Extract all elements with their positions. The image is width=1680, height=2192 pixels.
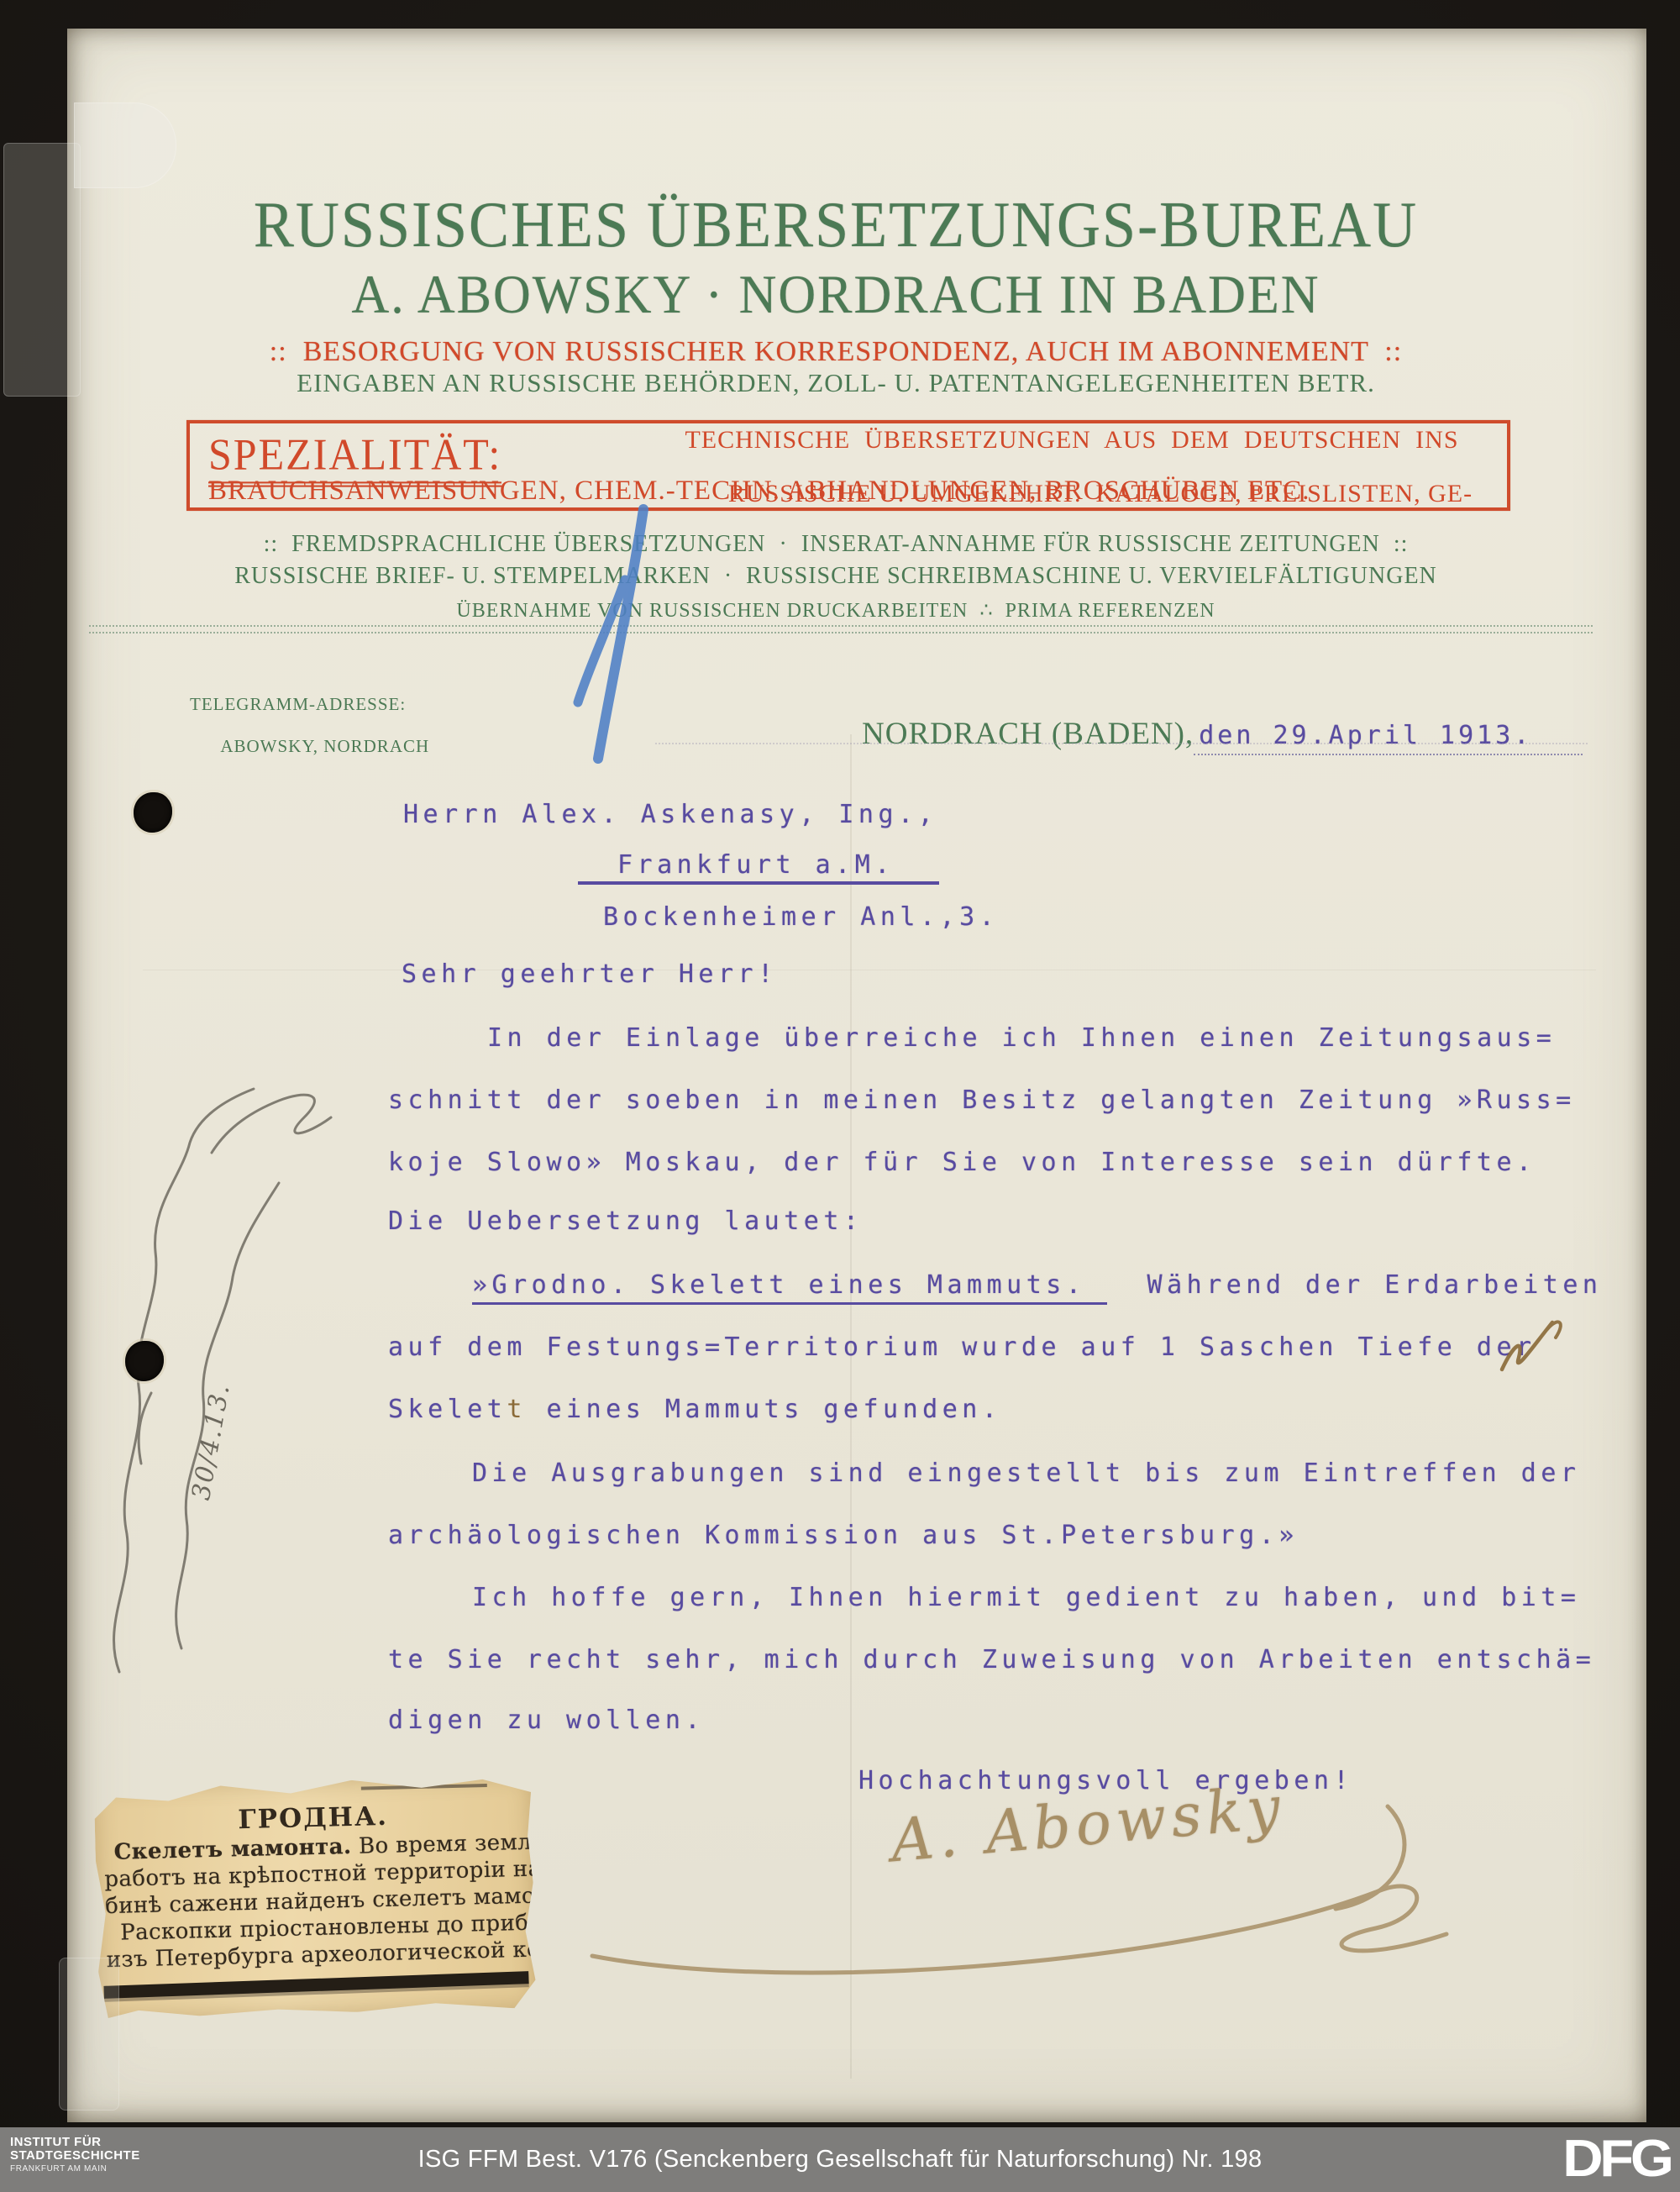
body-line: archäologischen Kommission aus St.Peters… <box>388 1521 1299 1550</box>
body-line: In der Einlage überreiche ich Ihnen eine… <box>487 1023 1556 1053</box>
clipping-top-rule <box>361 1784 487 1790</box>
specialty-line3: BRAUCHSANWEISUNGEN, CHEM.-TECHN. ABHANDL… <box>208 476 1310 507</box>
quote-headline: »Grodno. Skelett eines Mammuts. Während … <box>472 1270 1602 1300</box>
archive-reference-label: ISG FFM Best. V176 (Senckenberg Gesellsc… <box>0 2146 1680 2174</box>
body-line: digen zu wollen. <box>388 1706 705 1735</box>
archive-scan: RUSSISCHES ÜBERSETZUNGS-BUREAU A. ABOWSK… <box>0 0 1680 2192</box>
city-underlined: Frankfurt a.M. <box>578 850 939 885</box>
newspaper-clipping: ГРОДНА. Скелетъ мамонта. Во время землян… <box>94 1776 537 2019</box>
plastic-film-strip <box>3 143 81 397</box>
clipping-lead: Скелетъ мамонта. <box>113 1834 351 1865</box>
handwritten-t-correction: t <box>507 1395 527 1424</box>
plastic-film-strip <box>59 1958 119 2111</box>
quote-underlined: »Grodno. Skelett eines Mammuts. <box>472 1270 1107 1305</box>
body-line: schnitt der soeben in meinen Besitz gela… <box>388 1085 1576 1115</box>
specialty-box: SPEZIALITÄT: TECHNISCHE ÜBERSETZUNGEN AU… <box>186 420 1510 511</box>
letterhead-red-line: :: BESORGUNG VON RUSSISCHER KORRESPONDEN… <box>67 336 1604 368</box>
specialty-line1: TECHNISCHE ÜBERSETZUNGEN AUS DEM DEUTSCH… <box>685 426 1458 454</box>
typed-date: den 29.April 1913. <box>1194 721 1583 755</box>
body-line: te Sie recht sehr, mich durch Zuweisung … <box>388 1645 1595 1674</box>
clipping-line-rest: Во время земляныхъ <box>351 1828 606 1859</box>
services-line3: ÜBERNAHME VON RUSSISCHEN DRUCKARBEITEN ∴… <box>67 598 1604 623</box>
dfg-logo: DFG <box>1562 2129 1670 2189</box>
recipient-line: Herrn Alex. Askenasy, Ing., <box>403 800 937 829</box>
body-line: Skelett eines Mammuts gefunden. <box>388 1395 1001 1424</box>
letterhead-title: RUSSISCHES ÜBERSETZUNGS-BUREAU <box>67 187 1604 263</box>
place-date-line: NORDRACH (BADEN),den 29.April 1913. <box>842 701 1583 767</box>
body-line: auf dem Festungs=Territorium wurde auf 1… <box>388 1333 1536 1362</box>
letterhead-subtitle: A. ABOWSKY · NORDRACH IN BADEN <box>67 264 1604 327</box>
salutation: Sehr geehrter Herr! <box>402 959 778 989</box>
quote-rest: Während der Erdarbeiten <box>1107 1270 1602 1300</box>
clipping-bottom-rule <box>103 1971 528 1999</box>
body-line: Ich hoffe gern, Ihnen hiermit gedient zu… <box>472 1583 1580 1612</box>
city-line: Frankfurt a.M. <box>578 850 939 880</box>
body-line: koje Slowo» Moskau, der für Sie von Inte… <box>388 1148 1536 1177</box>
letterhead-divider-rule <box>89 625 1593 633</box>
letterhead-green-line: EINGABEN AN RUSSISCHE BEHÖRDEN, ZOLL- U.… <box>67 368 1604 398</box>
place-printed: NORDRACH (BADEN), <box>862 717 1194 751</box>
services-line2: RUSSISCHE BRIEF- U. STEMPELMARKEN · RUSS… <box>67 563 1604 590</box>
fold-crease <box>143 970 1596 970</box>
archive-footer-bar: INSTITUT FÜR STADTGESCHICHTE FRANKFURT A… <box>0 2127 1680 2192</box>
plastic-film-tab <box>74 103 176 188</box>
body-line: Die Uebersetzung lautet: <box>388 1206 863 1236</box>
letter-page: RUSSISCHES ÜBERSETZUNGS-BUREAU A. ABOWSK… <box>67 29 1646 2122</box>
body-line: Die Ausgrabungen sind eingestellt bis zu… <box>472 1459 1580 1488</box>
text-segment: Skelet <box>388 1395 507 1424</box>
text-segment: eines Mammuts gefunden. <box>527 1395 1001 1424</box>
street-line: Bockenheimer Anl.,3. <box>603 902 999 932</box>
faint-fold-line <box>655 743 1588 744</box>
pencil-note-date: 30/4.13. <box>186 1315 248 1502</box>
telegram-line1: TELEGRAMM-ADRESSE: <box>190 694 406 714</box>
telegram-address: TELEGRAMM-ADRESSE: ABOWSKY, NORDRACH <box>190 694 429 757</box>
services-line1: :: FREMDSPRACHLICHE ÜBERSETZUNGEN · INSE… <box>67 531 1604 558</box>
telegram-line2: ABOWSKY, NORDRACH <box>220 736 429 756</box>
